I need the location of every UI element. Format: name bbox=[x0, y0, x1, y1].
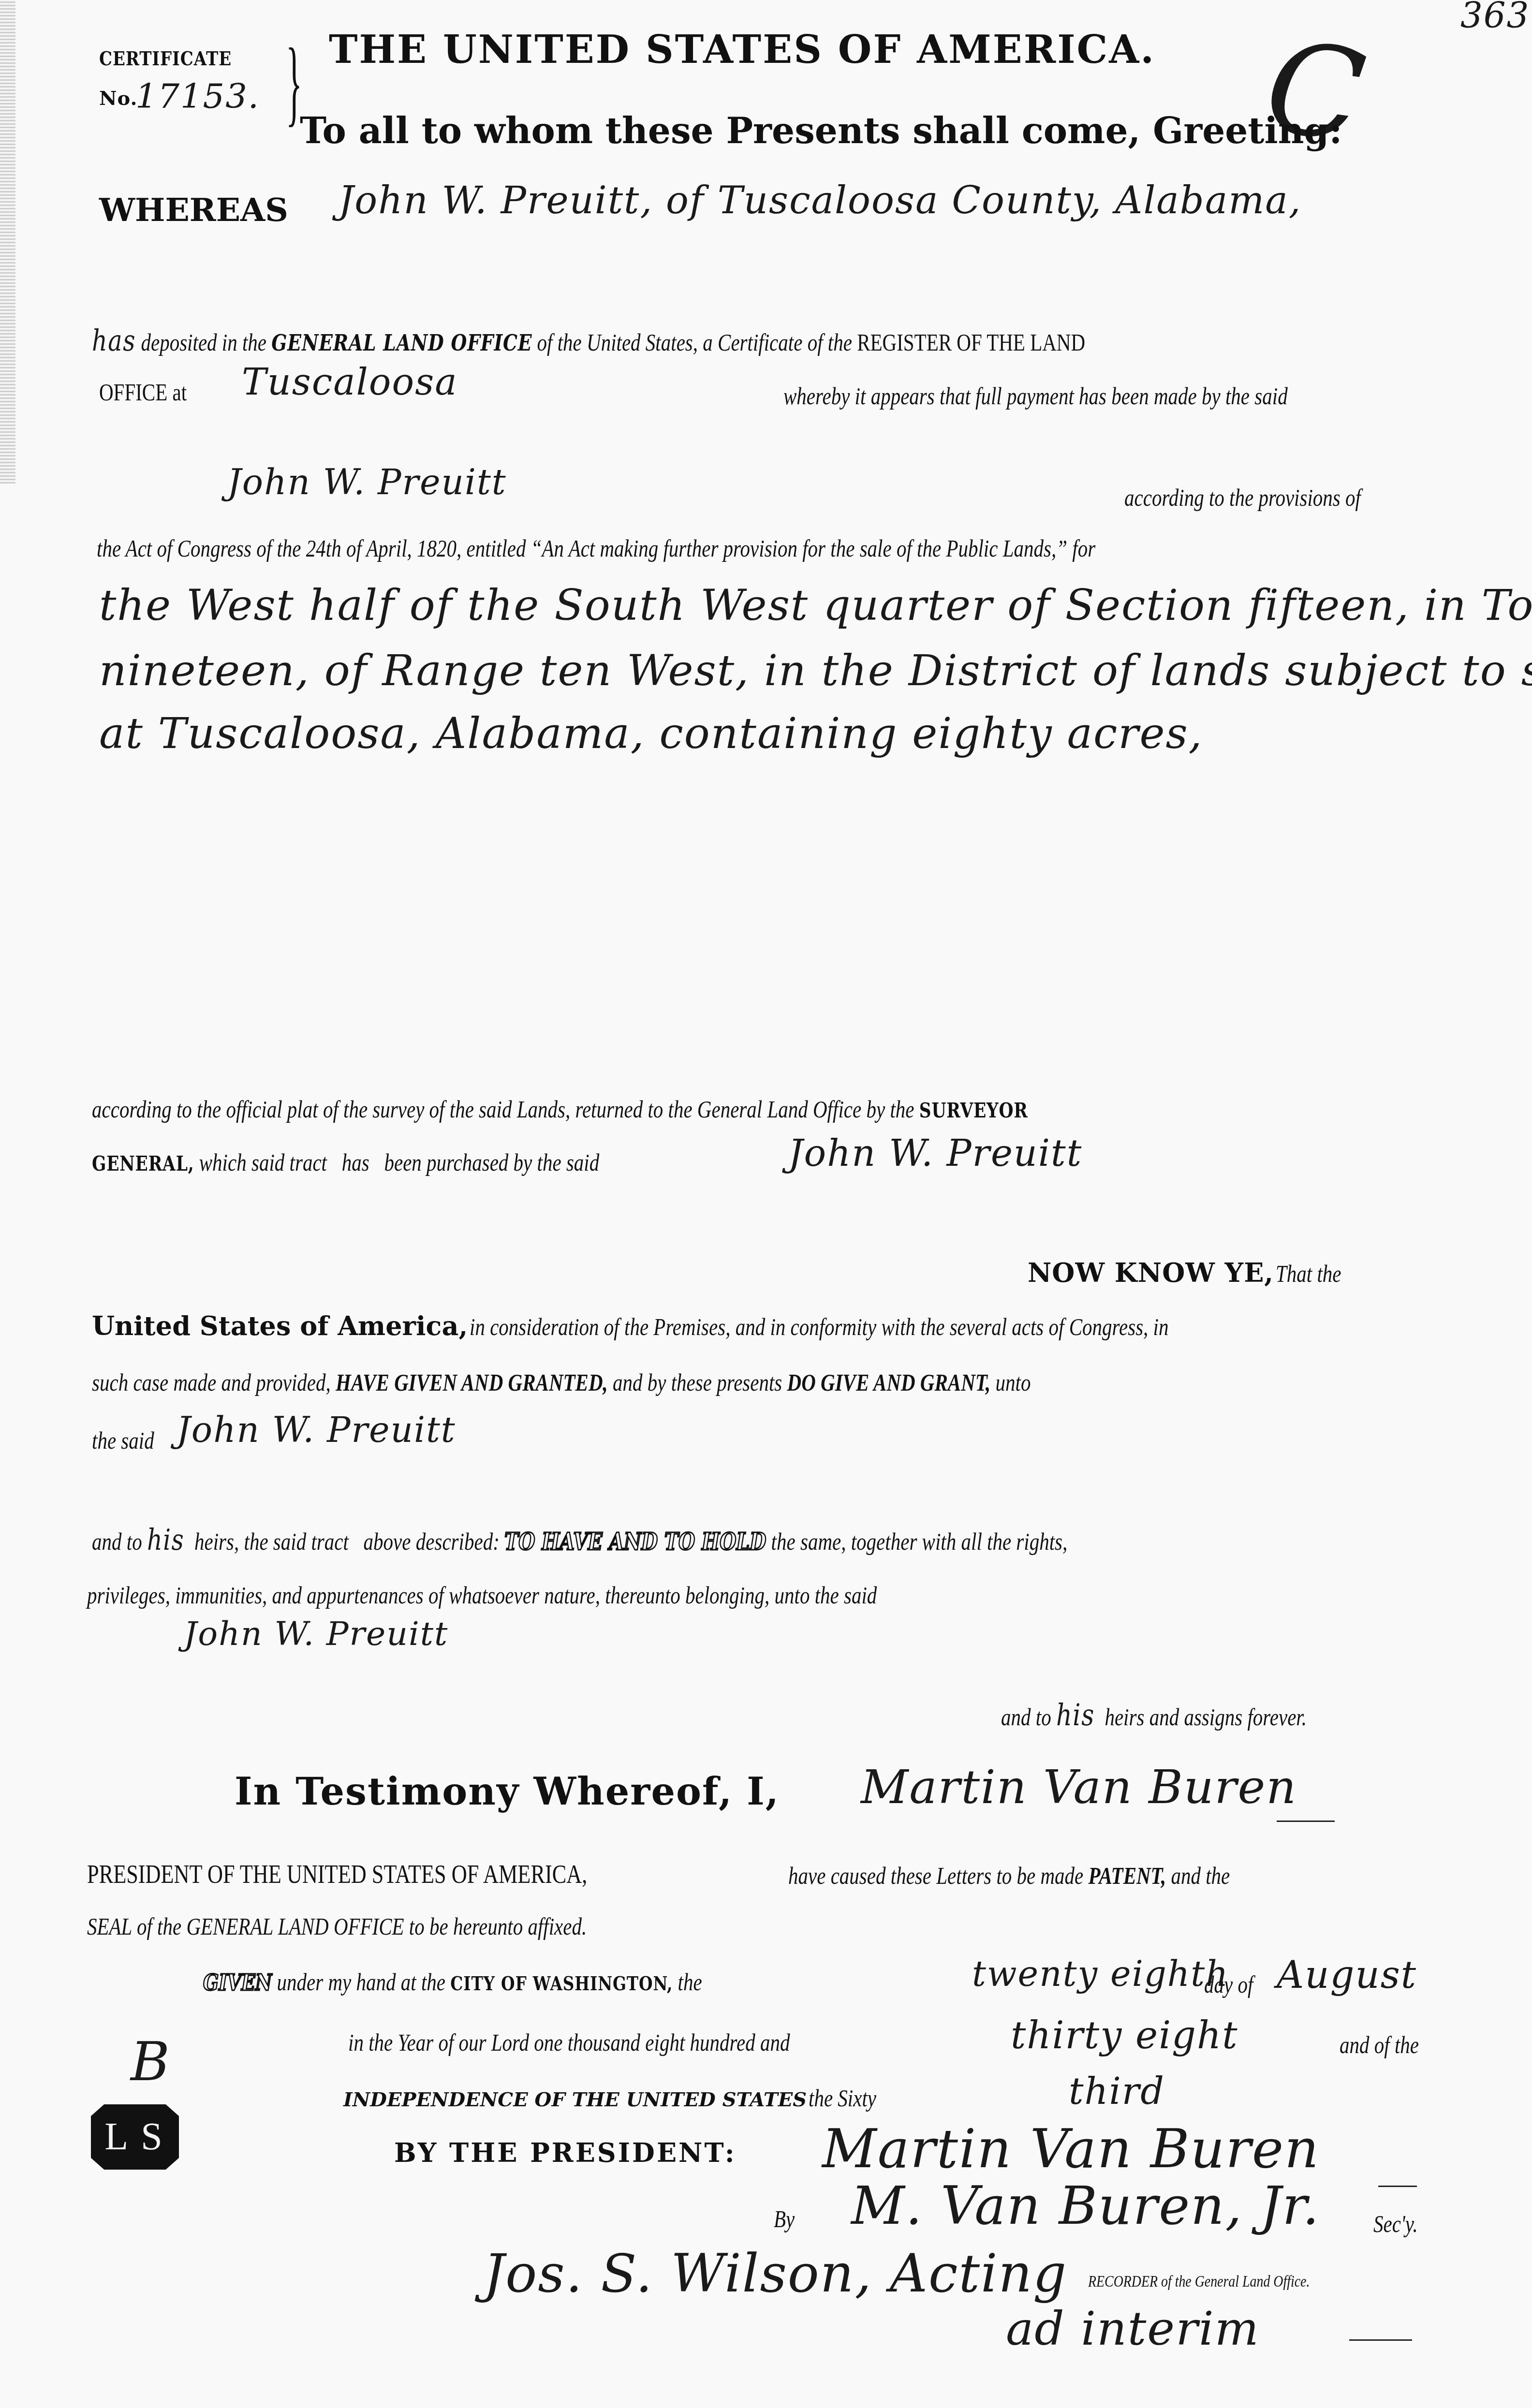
now-know-ye: NOW KNOW YE, bbox=[1028, 1257, 1274, 1288]
and-to-2: and to bbox=[1001, 1703, 1051, 1731]
by-the-president-label: BY THE PRESIDENT: bbox=[394, 2137, 737, 2168]
habendum-text: heirs, the said tract bbox=[194, 1528, 349, 1555]
consideration-text: in consideration of the Premises, and in… bbox=[470, 1313, 1168, 1341]
register-label: REGISTER OF THE LAND bbox=[857, 329, 1085, 356]
whereas-label: WHEREAS bbox=[99, 191, 288, 229]
grantee-residence: John W. Preuitt, of Tuscaloosa County, A… bbox=[339, 179, 1302, 222]
the-sixty: the Sixty bbox=[809, 2084, 876, 2112]
office-at-label: OFFICE at bbox=[99, 378, 187, 406]
recorder-underline bbox=[1349, 2339, 1412, 2341]
page-number: 363 bbox=[1460, 0, 1530, 36]
day-handwritten: twenty eighth bbox=[972, 1953, 1229, 1994]
certificate-number: 17153. bbox=[135, 76, 260, 116]
year-of-lord-text: in the Year of our Lord one thousand eig… bbox=[348, 2028, 790, 2056]
do-give-grant: DO GIVE AND GRANT, bbox=[787, 1369, 991, 1396]
payment-text: whereby it appears that full payment has… bbox=[783, 382, 1288, 410]
recorder-ad-interim: ad interim bbox=[1006, 2302, 1260, 2356]
and-of-the: and of the bbox=[1340, 2031, 1419, 2059]
land-office-location: Tuscaloosa bbox=[242, 360, 458, 403]
habendum-text-2: above described: bbox=[364, 1528, 500, 1555]
survey-has: has bbox=[342, 1149, 369, 1176]
document-heading: THE UNITED STATES OF AMERICA. bbox=[329, 27, 1155, 72]
independence-year-handwritten: third bbox=[1069, 2070, 1165, 2113]
secretary-signature: M. Van Buren, Jr. bbox=[851, 2176, 1320, 2236]
payer-name: John W. Preuitt bbox=[227, 462, 507, 502]
land-description-line-2: nineteen, of Range ten West, in the Dist… bbox=[99, 646, 1532, 695]
purchaser-name: John W. Preuitt bbox=[788, 1131, 1082, 1175]
by-label: By bbox=[774, 2205, 795, 2233]
the-said-label: the said bbox=[92, 1426, 154, 1454]
given-label: GIVEN bbox=[203, 1969, 272, 1996]
his-handwritten: his bbox=[147, 1523, 185, 1557]
margin-mark: B bbox=[131, 2031, 171, 2093]
survey-text-2: which said tract bbox=[199, 1149, 327, 1176]
and-the: and the bbox=[1171, 1862, 1230, 1889]
seal-ls: LS bbox=[91, 2104, 179, 2170]
president-title: PRESIDENT OF THE UNITED STATES OF AMERIC… bbox=[87, 1859, 587, 1889]
given-the: the bbox=[678, 1968, 702, 1996]
provisions-text: according to the provisions of bbox=[1124, 484, 1361, 512]
general-label: GENERAL, bbox=[92, 1152, 194, 1175]
his-handwritten-2: his bbox=[1056, 1697, 1095, 1733]
recorder-title: RECORDER of the General Land Office. bbox=[1088, 2273, 1310, 2291]
certificate-no-label: No. bbox=[99, 87, 137, 110]
signature-underline bbox=[1277, 1821, 1335, 1822]
has-handwritten: has bbox=[92, 324, 136, 358]
president-signature-testimony: Martin Van Buren bbox=[861, 1760, 1297, 1814]
land-description-line-1: the West half of the South West quarter … bbox=[99, 580, 1532, 630]
secretary-title: Sec'y. bbox=[1373, 2210, 1418, 2238]
land-patent-document: 363 C CERTIFICATE No. 17153. } THE UNITE… bbox=[0, 0, 1532, 2408]
survey-text: according to the official plat of the su… bbox=[92, 1096, 914, 1123]
grant-unto: unto bbox=[996, 1369, 1031, 1396]
seal-affixed-text: SEAL of the GENERAL LAND OFFICE to be he… bbox=[87, 1912, 587, 1940]
grant-text: such case made and provided, bbox=[92, 1369, 331, 1396]
that-the: That the bbox=[1276, 1260, 1341, 1288]
and-to: and to bbox=[92, 1528, 142, 1555]
greeting: To all to whom these Presents shall come… bbox=[300, 110, 1342, 152]
independence-label: INDEPENDENCE OF THE UNITED STATES bbox=[343, 2088, 807, 2111]
city-of-washington: CITY OF WASHINGTON, bbox=[450, 1972, 673, 1995]
general-land-office: GENERAL LAND OFFICE bbox=[271, 330, 532, 356]
habendum-grantee: John W. Preuitt bbox=[184, 1615, 448, 1653]
deposit-text-2: of the United States, a Certificate of t… bbox=[537, 329, 852, 356]
scan-edge-strip bbox=[0, 0, 15, 484]
have-given-granted: HAVE GIVEN AND GRANTED, bbox=[336, 1369, 608, 1396]
land-description-line-3: at Tuscaloosa, Alabama, containing eight… bbox=[99, 708, 1203, 758]
certificate-label: CERTIFICATE bbox=[99, 47, 232, 70]
surveyor-label: SURVEYOR bbox=[919, 1099, 1028, 1122]
to-have-and-to-hold: TO HAVE AND TO HOLD bbox=[504, 1528, 766, 1556]
united-states-of-america: United States of America, bbox=[92, 1310, 468, 1341]
survey-text-3: been purchased by the said bbox=[384, 1149, 599, 1176]
patent-label: PATENT, bbox=[1089, 1862, 1166, 1889]
recorder-signature: Jos. S. Wilson, Acting bbox=[484, 2244, 1067, 2304]
seal-text: LS bbox=[104, 2115, 175, 2159]
letters-patent-text: have caused these Letters to be made bbox=[788, 1862, 1083, 1889]
in-testimony-whereof: In Testimony Whereof, I, bbox=[235, 1770, 780, 1814]
president-signature: Martin Van Buren bbox=[822, 2118, 1320, 2180]
given-text: under my hand at the bbox=[277, 1968, 445, 1996]
grantee-name: John W. Preuitt bbox=[177, 1410, 456, 1450]
month-handwritten: August bbox=[1277, 1953, 1417, 1997]
privileges-text: privileges, immunities, and appurtenance… bbox=[87, 1581, 877, 1609]
act-of-congress: the Act of Congress of the 24th of April… bbox=[97, 534, 1095, 562]
heirs-and-assigns: heirs and assigns forever. bbox=[1105, 1703, 1307, 1731]
president-signature-underline bbox=[1378, 2186, 1417, 2187]
year-handwritten: thirty eight bbox=[1011, 2014, 1238, 2057]
deposit-text: deposited in the bbox=[141, 329, 266, 356]
day-of: day of bbox=[1204, 1970, 1253, 1998]
grant-text-2: and by these presents bbox=[613, 1369, 782, 1396]
habendum-text-3: the same, together with all the rights, bbox=[771, 1528, 1068, 1555]
